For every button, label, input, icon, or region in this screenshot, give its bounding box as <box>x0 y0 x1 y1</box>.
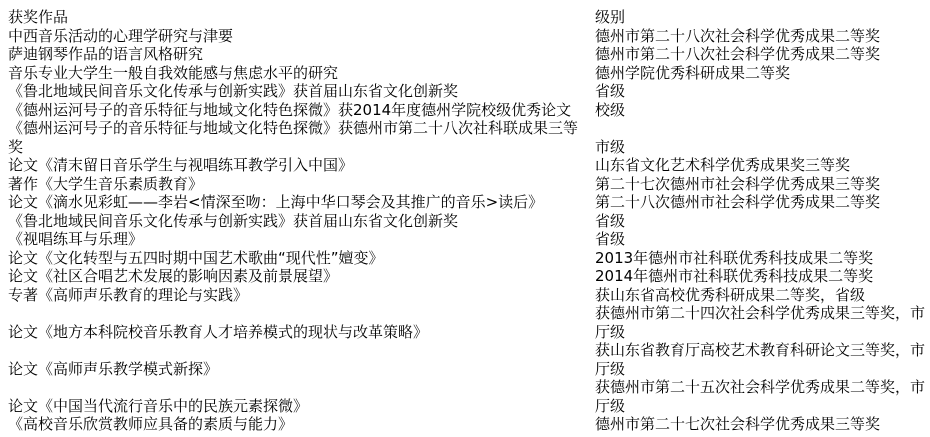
award-row: 音乐专业大学生一般自我效能感与焦虑水平的研究德州学院优秀科研成果二等奖 <box>8 64 930 83</box>
award-row: 《德州运河号子的音乐特征与地域文化特色探微》获2014年度德州学院校级优秀论文校… <box>8 101 930 120</box>
award-row: 论文《清末留日音乐学生与视唱练耳教学引入中国》山东省文化艺术科学优秀成果奖三等奖 <box>8 156 930 175</box>
award-work-cell: 《鲁北地域民间音乐文化传承与创新实践》获首届山东省文化创新奖 <box>8 82 595 101</box>
award-row: 《鲁北地域民间音乐文化传承与创新实践》获首届山东省文化创新奖省级 <box>8 212 930 231</box>
award-level-cell: 获山东省高校优秀科研成果二等奖，省级 <box>595 286 930 305</box>
award-row: 论文《文化转型与五四时期中国艺术歌曲“现代性”嬗变》2013年德州市社科联优秀科… <box>8 249 930 268</box>
award-work-cell: 论文《中国当代流行音乐中的民族元素探微》 <box>8 378 595 415</box>
award-work-cell: 论文《高师声乐教学模式新探》 <box>8 341 595 378</box>
award-work-cell: 论文《滴水见彩虹——李岩<情深至吻：上海中华口琴会及其推广的音乐>读后》 <box>8 193 595 212</box>
award-level-cell: 市级 <box>595 119 930 156</box>
column-header-award-works: 获奖作品 <box>8 8 595 27</box>
award-row: 专著《高师声乐教育的理论与实践》获山东省高校优秀科研成果二等奖，省级 <box>8 286 930 305</box>
award-row: 论文《高师声乐教学模式新探》获山东省教育厅高校艺术教育科研论文三等奖，市厅级 <box>8 341 930 378</box>
award-work-cell: 《德州运河号子的音乐特征与地域文化特色探微》获德州市第二十八次社科联成果三等奖 <box>8 119 595 156</box>
award-level-cell: 德州学院优秀科研成果二等奖 <box>595 64 930 83</box>
award-level-cell: 第二十七次德州市社会科学优秀成果三等奖 <box>595 175 930 194</box>
awards-table-header-row: 获奖作品 级别 <box>8 8 930 27</box>
award-level-cell: 获德州市第二十五次社会科学优秀成果二等奖，市厅级 <box>595 378 930 415</box>
award-level-cell: 校级 <box>595 101 930 120</box>
award-work-cell: 专著《高师声乐教育的理论与实践》 <box>8 286 595 305</box>
award-row: 著作《大学生音乐素质教育》第二十七次德州市社会科学优秀成果三等奖 <box>8 175 930 194</box>
award-work-cell: 《德州运河号子的音乐特征与地域文化特色探微》获2014年度德州学院校级优秀论文 <box>8 101 595 120</box>
award-row: 中西音乐活动的心理学研究与津要德州市第二十八次社会科学优秀成果二等奖 <box>8 27 930 46</box>
award-work-cell: 中西音乐活动的心理学研究与津要 <box>8 27 595 46</box>
award-work-cell: 音乐专业大学生一般自我效能感与焦虑水平的研究 <box>8 64 595 83</box>
award-level-cell: 2014年德州市社科联优秀科技成果二等奖 <box>595 267 930 286</box>
award-row: 《高校音乐欣赏教师应具备的素质与能力》德州市第二十七次社会科学优秀成果三等奖 <box>8 415 930 434</box>
award-row: 论文《社区合唱艺术发展的影响因素及前景展望》2014年德州市社科联优秀科技成果二… <box>8 267 930 286</box>
award-row: 《德州运河号子的音乐特征与地域文化特色探微》获德州市第二十八次社科联成果三等奖市… <box>8 119 930 156</box>
award-row: 《鲁北地域民间音乐文化传承与创新实践》获首届山东省文化创新奖省级 <box>8 82 930 101</box>
award-work-cell: 论文《清末留日音乐学生与视唱练耳教学引入中国》 <box>8 156 595 175</box>
award-level-cell: 获山东省教育厅高校艺术教育科研论文三等奖，市厅级 <box>595 341 930 378</box>
award-level-cell: 德州市第二十七次社会科学优秀成果三等奖 <box>595 415 930 434</box>
award-work-cell: 《鲁北地域民间音乐文化传承与创新实践》获首届山东省文化创新奖 <box>8 212 595 231</box>
award-level-cell: 德州市第二十八次社会科学优秀成果二等奖 <box>595 27 930 46</box>
award-level-cell: 省级 <box>595 82 930 101</box>
award-work-cell: 《高校音乐欣赏教师应具备的素质与能力》 <box>8 415 595 434</box>
award-level-cell: 山东省文化艺术科学优秀成果奖三等奖 <box>595 156 930 175</box>
award-work-cell: 《视唱练耳与乐理》 <box>8 230 595 249</box>
award-level-cell: 省级 <box>595 230 930 249</box>
award-work-cell: 论文《社区合唱艺术发展的影响因素及前景展望》 <box>8 267 595 286</box>
award-level-cell: 获德州市第二十四次社会科学优秀成果三等奖，市厅级 <box>595 304 930 341</box>
awards-table-body: 中西音乐活动的心理学研究与津要德州市第二十八次社会科学优秀成果二等奖萨迪钢琴作品… <box>8 27 930 434</box>
award-row: 萨迪钢琴作品的语言风格研究德州市第二十八次社会科学优秀成果二等奖 <box>8 45 930 64</box>
award-row: 论文《中国当代流行音乐中的民族元素探微》获德州市第二十五次社会科学优秀成果二等奖… <box>8 378 930 415</box>
document-page: 获奖作品 级别 中西音乐活动的心理学研究与津要德州市第二十八次社会科学优秀成果二… <box>8 8 930 434</box>
award-level-cell: 第二十八次德州市社会科学优秀成果二等奖 <box>595 193 930 212</box>
award-row: 论文《地方本科院校音乐教育人才培养模式的现状与改革策略》获德州市第二十四次社会科… <box>8 304 930 341</box>
award-work-cell: 著作《大学生音乐素质教育》 <box>8 175 595 194</box>
award-level-cell: 2013年德州市社科联优秀科技成果二等奖 <box>595 249 930 268</box>
awards-table: 获奖作品 级别 中西音乐活动的心理学研究与津要德州市第二十八次社会科学优秀成果二… <box>8 8 930 434</box>
award-row: 《视唱练耳与乐理》省级 <box>8 230 930 249</box>
award-level-cell: 德州市第二十八次社会科学优秀成果二等奖 <box>595 45 930 64</box>
award-level-cell: 省级 <box>595 212 930 231</box>
award-work-cell: 萨迪钢琴作品的语言风格研究 <box>8 45 595 64</box>
award-work-cell: 论文《地方本科院校音乐教育人才培养模式的现状与改革策略》 <box>8 304 595 341</box>
column-header-level: 级别 <box>595 8 930 27</box>
award-row: 论文《滴水见彩虹——李岩<情深至吻：上海中华口琴会及其推广的音乐>读后》第二十八… <box>8 193 930 212</box>
award-work-cell: 论文《文化转型与五四时期中国艺术歌曲“现代性”嬗变》 <box>8 249 595 268</box>
